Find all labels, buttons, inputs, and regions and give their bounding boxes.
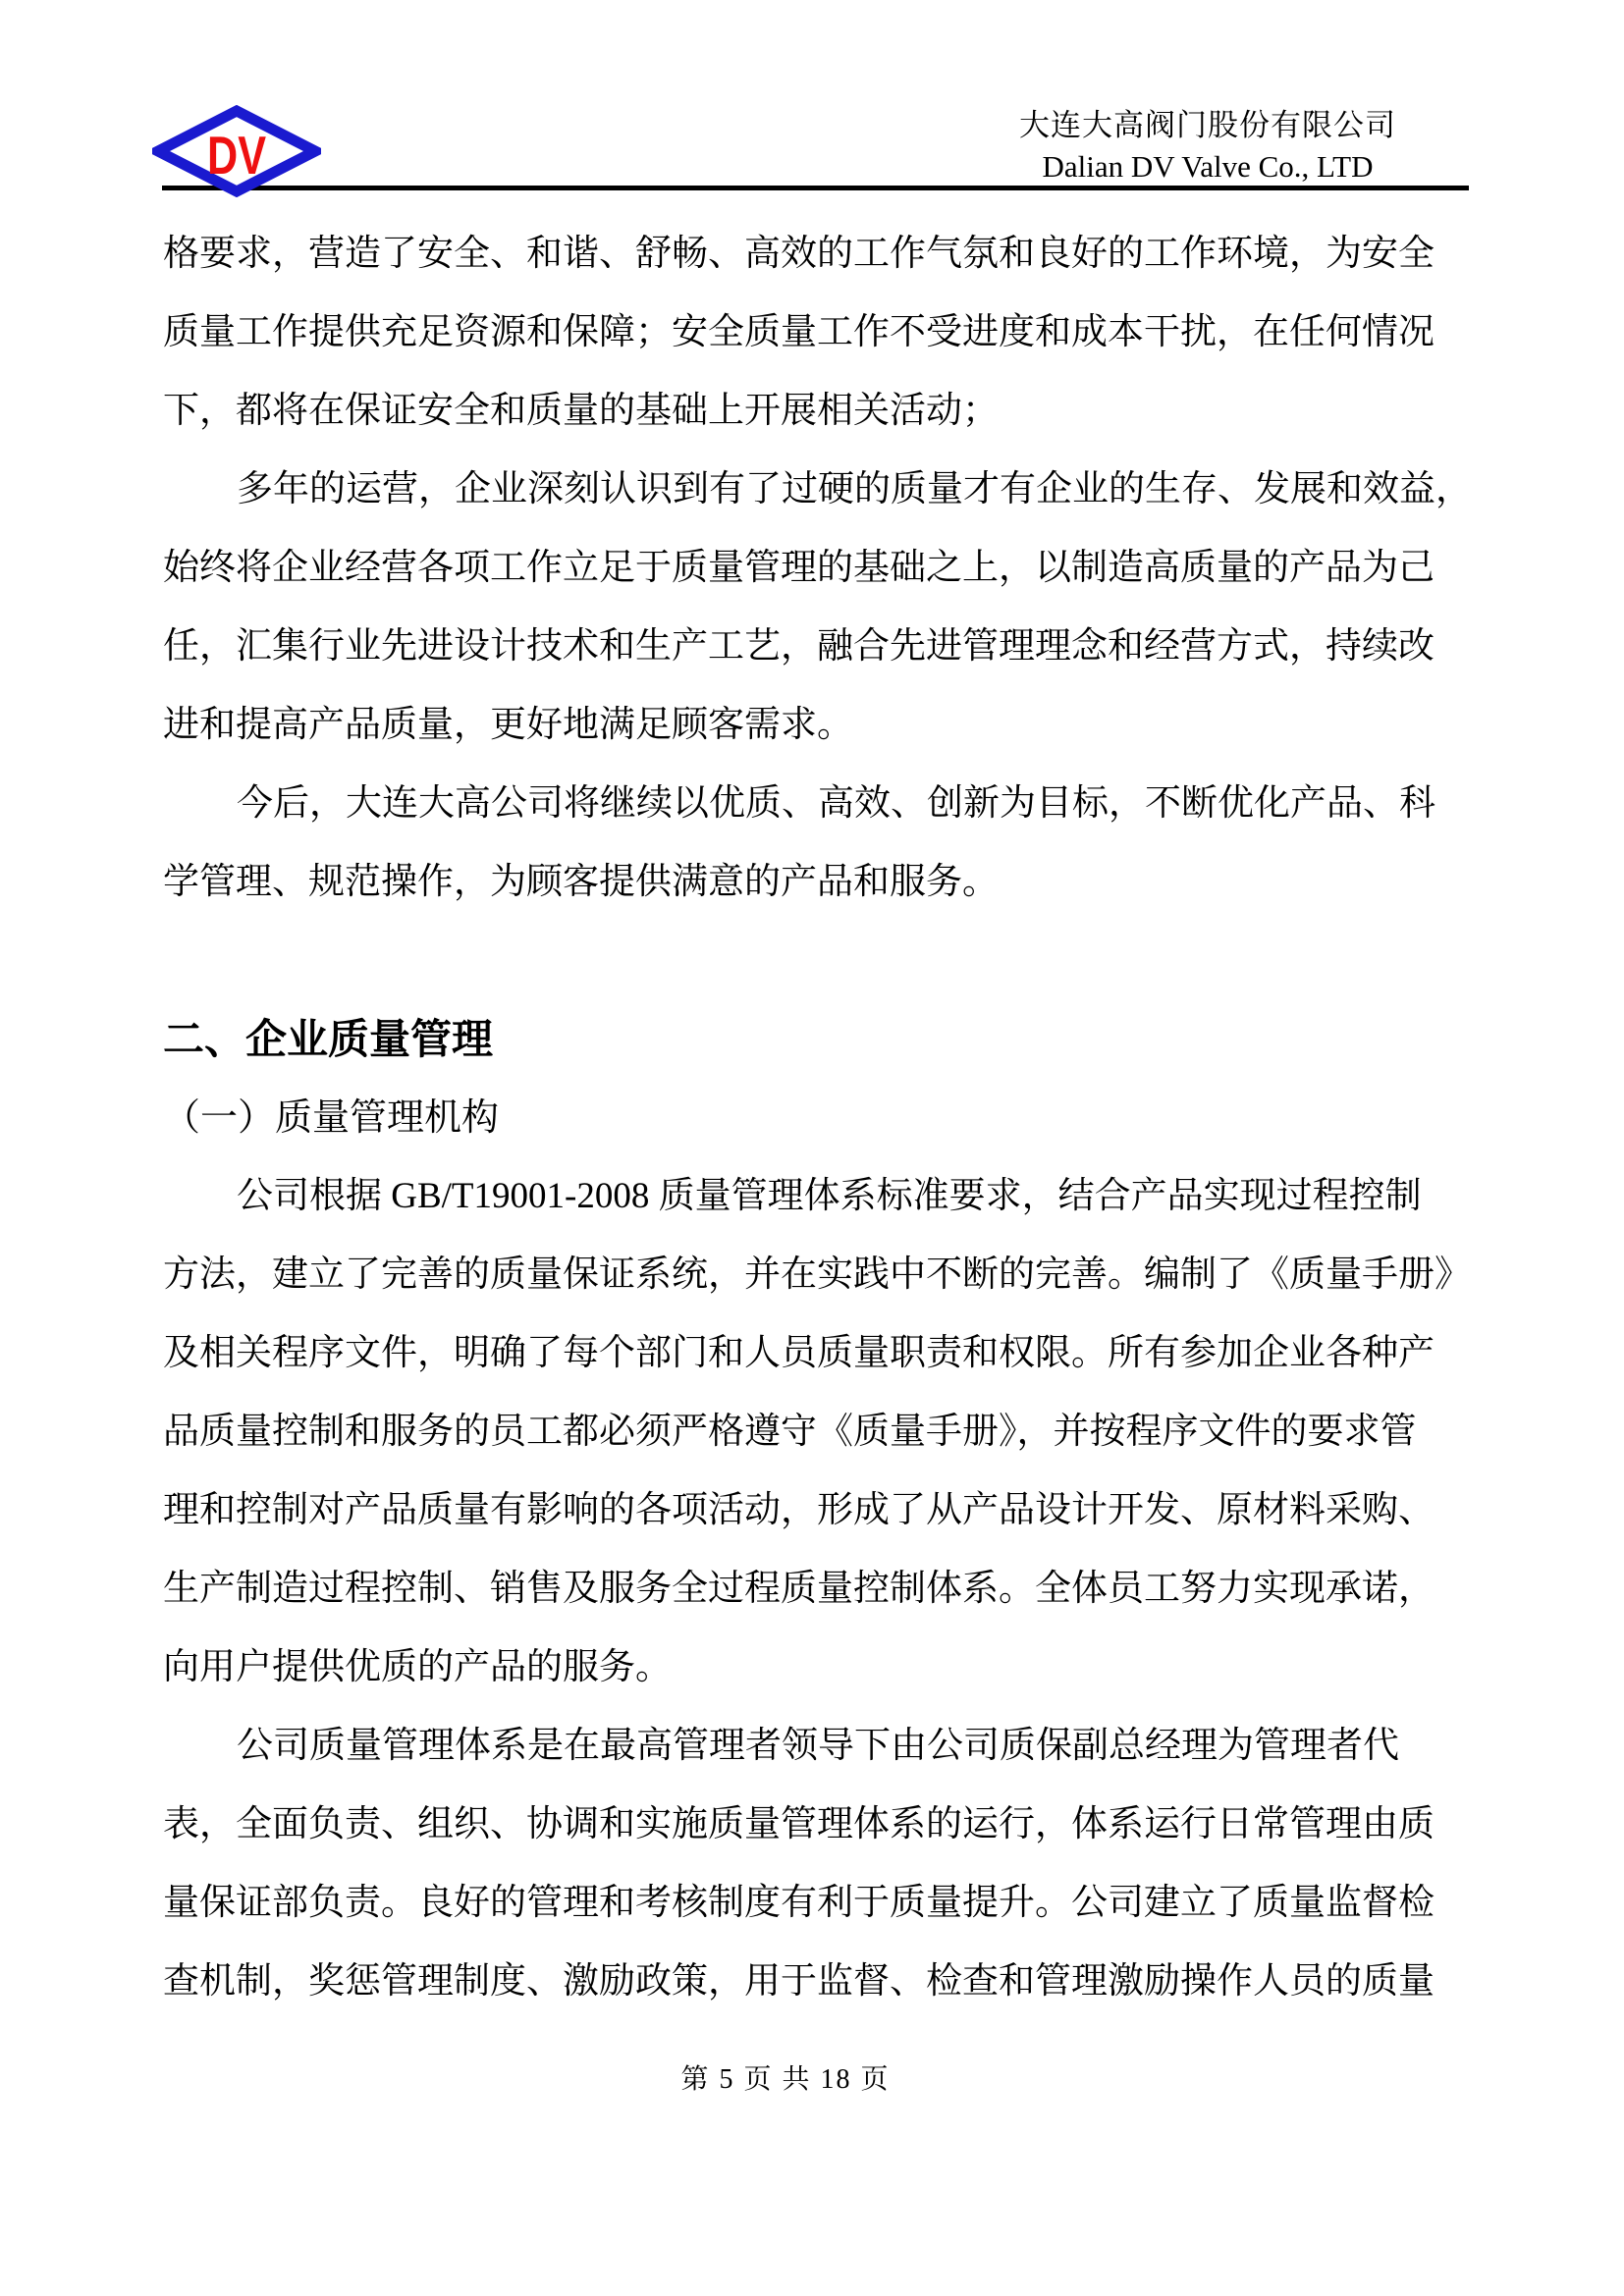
body-line: 品质量控制和服务的员工都必须严格遵守《质量手册》，并按程序文件的要求管 bbox=[163, 1393, 1484, 1471]
body-line: 今后，大连大高公司将继续以优质、高效、创新为目标，不断优化产品、科 bbox=[163, 765, 1484, 843]
section-heading: 二、企业质量管理 bbox=[163, 1000, 1484, 1079]
body-line: 始终将企业经营各项工作立足于质量管理的基础之上，以制造高质量的产品为己 bbox=[163, 529, 1484, 608]
subsection-heading: （一）质量管理机构 bbox=[163, 1079, 1484, 1157]
company-name-block: 大连大高阀门股份有限公司 Dalian DV Valve Co., LTD bbox=[1001, 104, 1414, 186]
header-rule bbox=[162, 186, 1469, 190]
body-line: 学管理、规范操作，为顾客提供满意的产品和服务。 bbox=[163, 843, 1484, 922]
body-line: 生产制造过程控制、销售及服务全过程质量控制体系。全体员工努力实现承诺， bbox=[163, 1550, 1484, 1629]
body-line: 格要求，营造了安全、和谐、舒畅、高效的工作气氛和良好的工作环境，为安全 bbox=[163, 215, 1484, 294]
body-line: 理和控制对产品质量有影响的各项活动，形成了从产品设计开发、原材料采购、 bbox=[163, 1471, 1484, 1550]
page-number: 第 5 页 共 18 页 bbox=[128, 2058, 1443, 2102]
company-name-english: Dalian DV Valve Co., LTD bbox=[1001, 147, 1414, 186]
body-line: 方法，建立了完善的质量保证系统，并在实践中不断的完善。编制了《质量手册》 bbox=[163, 1236, 1484, 1314]
body-line: 量保证部负责。良好的管理和考核制度有利于质量提升。公司建立了质量监督检 bbox=[163, 1864, 1484, 1943]
document-page: DV 大连大高阀门股份有限公司 Dalian DV Valve Co., LTD… bbox=[0, 0, 1624, 2296]
body-line: 查机制，奖惩管理制度、激励政策，用于监督、检查和管理激励操作人员的质量 bbox=[163, 1943, 1484, 2021]
body-column: 格要求，营造了安全、和谐、舒畅、高效的工作气氛和良好的工作环境，为安全质量工作提… bbox=[163, 215, 1484, 2021]
body-line: 质量工作提供充足资源和保障；安全质量工作不受进度和成本干扰，在任何情况 bbox=[163, 294, 1484, 372]
body-line: 多年的运营，企业深刻认识到有了过硬的质量才有企业的生存、发展和效益， bbox=[163, 451, 1484, 529]
body-line: 下，都将在保证安全和质量的基础上开展相关活动； bbox=[163, 372, 1484, 451]
logo-dv-text: DV bbox=[207, 125, 266, 186]
body-line: 公司质量管理体系是在最高管理者领导下由公司质保副总经理为管理者代 bbox=[163, 1707, 1484, 1786]
body-line: 进和提高产品质量，更好地满足顾客需求。 bbox=[163, 686, 1484, 765]
body-line: 表，全面负责、组织、协调和实施质量管理体系的运行，体系运行日常管理由质 bbox=[163, 1786, 1484, 1864]
company-name-chinese: 大连大高阀门股份有限公司 bbox=[1001, 104, 1414, 147]
body-line: 任，汇集行业先进设计技术和生产工艺，融合先进管理理念和经营方式，持续改 bbox=[163, 608, 1484, 686]
body-line: 公司根据 GB/T19001-2008 质量管理体系标准要求，结合产品实现过程控… bbox=[163, 1157, 1484, 1236]
body-line: 向用户提供优质的产品的服务。 bbox=[163, 1629, 1484, 1707]
blank-line bbox=[163, 922, 1484, 1000]
body-line: 及相关程序文件，明确了每个部门和人员质量职责和权限。所有参加企业各种产 bbox=[163, 1314, 1484, 1393]
company-logo-icon: DV bbox=[152, 105, 321, 197]
